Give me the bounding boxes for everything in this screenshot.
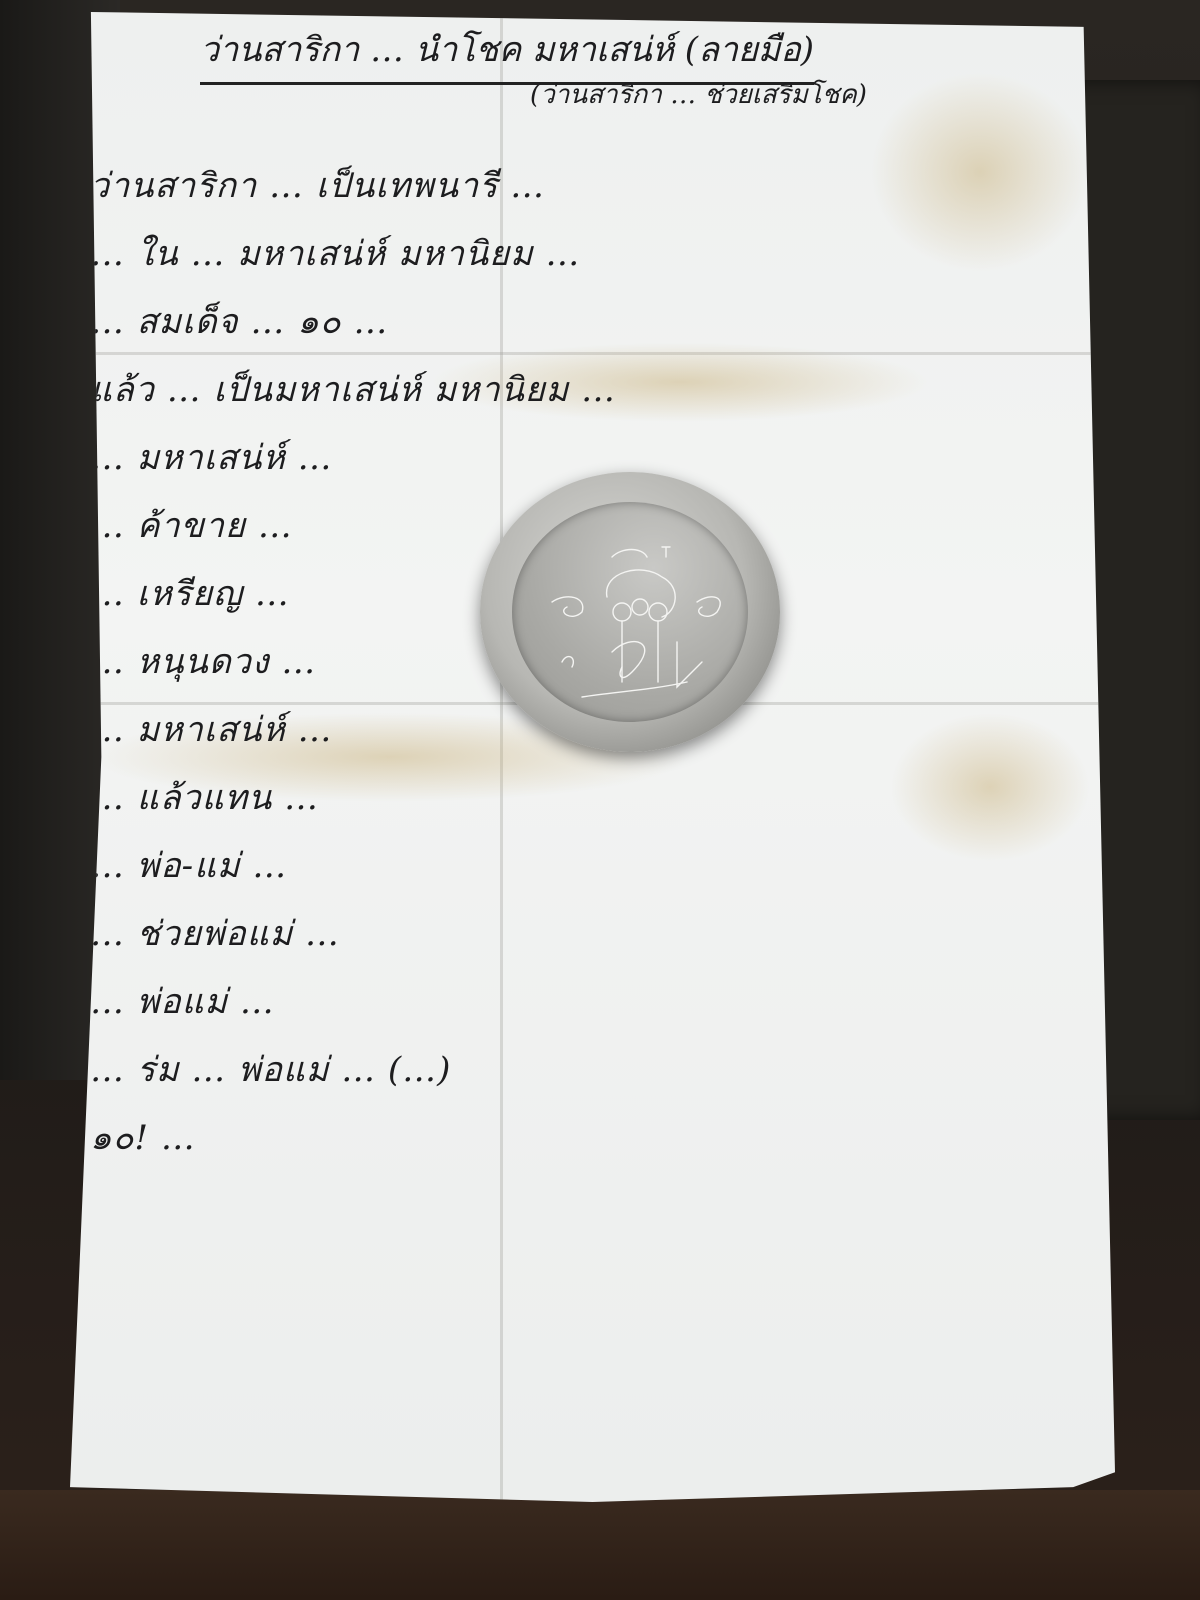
letter-line: ว่านสาริกา … เป็นเทพนารี … [90, 152, 1095, 220]
handwritten-letter: ว่านสาริกา … นำโชค มหาเสน่ห์ (ลายมือ) (ว… [70, 12, 1115, 1502]
wooden-table-surface [0, 1490, 1200, 1600]
yantra-engraving-icon [512, 502, 748, 722]
letter-line: … แล้วแทน … [90, 764, 1095, 832]
metal-tin [480, 472, 780, 752]
letter-line: … พ่อแม่ … [90, 968, 1095, 1036]
tin-lid [512, 502, 748, 722]
letter-line: แล้ว … เป็นมหาเสน่ห์ มหานิยม … [90, 356, 1095, 424]
letter-line: … พ่อ-แม่ … [90, 832, 1095, 900]
letter-line: ๑๐! … [90, 1104, 1095, 1172]
letter-line: … ช่วยพ่อแม่ … [90, 900, 1095, 968]
letter-line: … ร่ม … พ่อแม่ … (…) [90, 1036, 1095, 1104]
letter-subtitle: (ว่านสาริกา … ช่วยเสริมโชค) [530, 74, 867, 115]
letter-line: … สมเด็จ … ๑๐ … [90, 288, 1095, 356]
letter-line: … ใน … มหาเสน่ห์ มหานิยม … [90, 220, 1095, 288]
